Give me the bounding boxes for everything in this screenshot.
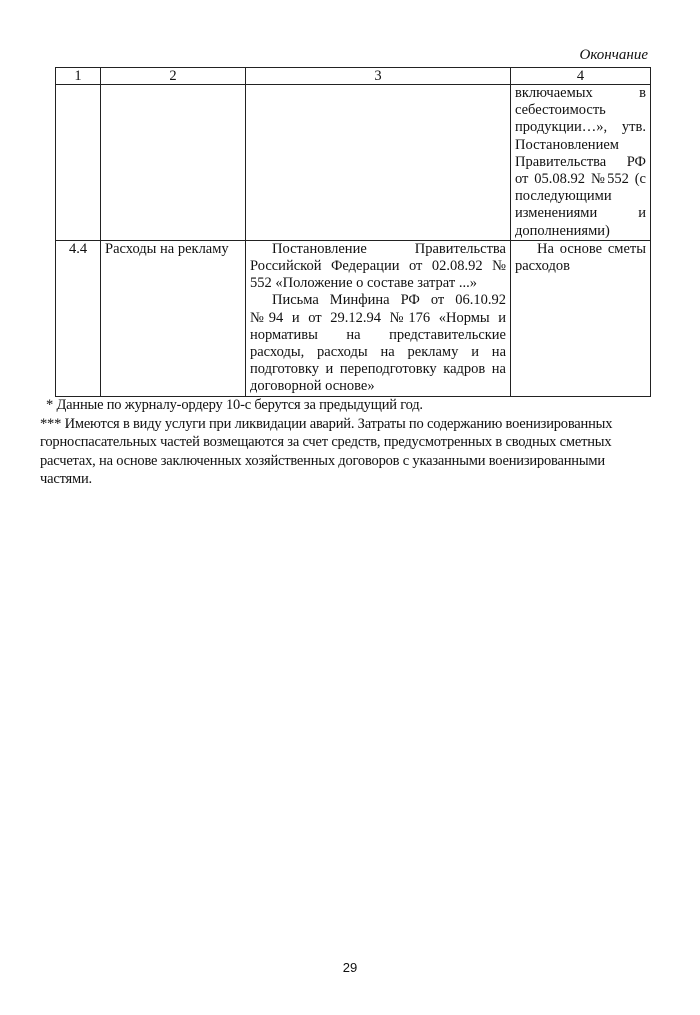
column-header: 4: [511, 68, 651, 85]
column-header: 2: [101, 68, 246, 85]
row-basis: [246, 85, 511, 241]
continuation-label: Окончание: [580, 47, 648, 64]
row-source: На основе сметы расходов: [511, 240, 651, 396]
column-header: 1: [56, 68, 101, 85]
basis-paragraph: Постановление Правительства Российской Ф…: [250, 241, 506, 293]
row-name: Расходы на рекламу: [101, 240, 246, 396]
table-row: 4.4 Расходы на рекламу Постановление Пра…: [56, 240, 651, 396]
footnote: *** Имеются в виду услуги при ликвидации…: [40, 415, 652, 489]
footnote: * Данные по журналу-ордеру 10-с берутся …: [40, 396, 652, 415]
page-number: 29: [0, 960, 700, 975]
row-number: [56, 85, 101, 241]
row-basis: Постановление Правительства Российской Ф…: [246, 240, 511, 396]
basis-paragraph: Письма Минфина РФ от 06.10.92 №94 и от 2…: [250, 292, 506, 395]
table-header-row: 1 2 3 4: [56, 68, 651, 85]
table-row: включаемых в себестоимость продукции…», …: [56, 85, 651, 241]
row-source: включаемых в себестоимость продукции…», …: [511, 85, 651, 241]
row-name: [101, 85, 246, 241]
expense-table: 1 2 3 4 включаемых в себестоимость проду…: [55, 67, 651, 397]
footnotes: * Данные по журналу-ордеру 10-с берутся …: [40, 396, 652, 489]
row-number: 4.4: [56, 240, 101, 396]
column-header: 3: [246, 68, 511, 85]
